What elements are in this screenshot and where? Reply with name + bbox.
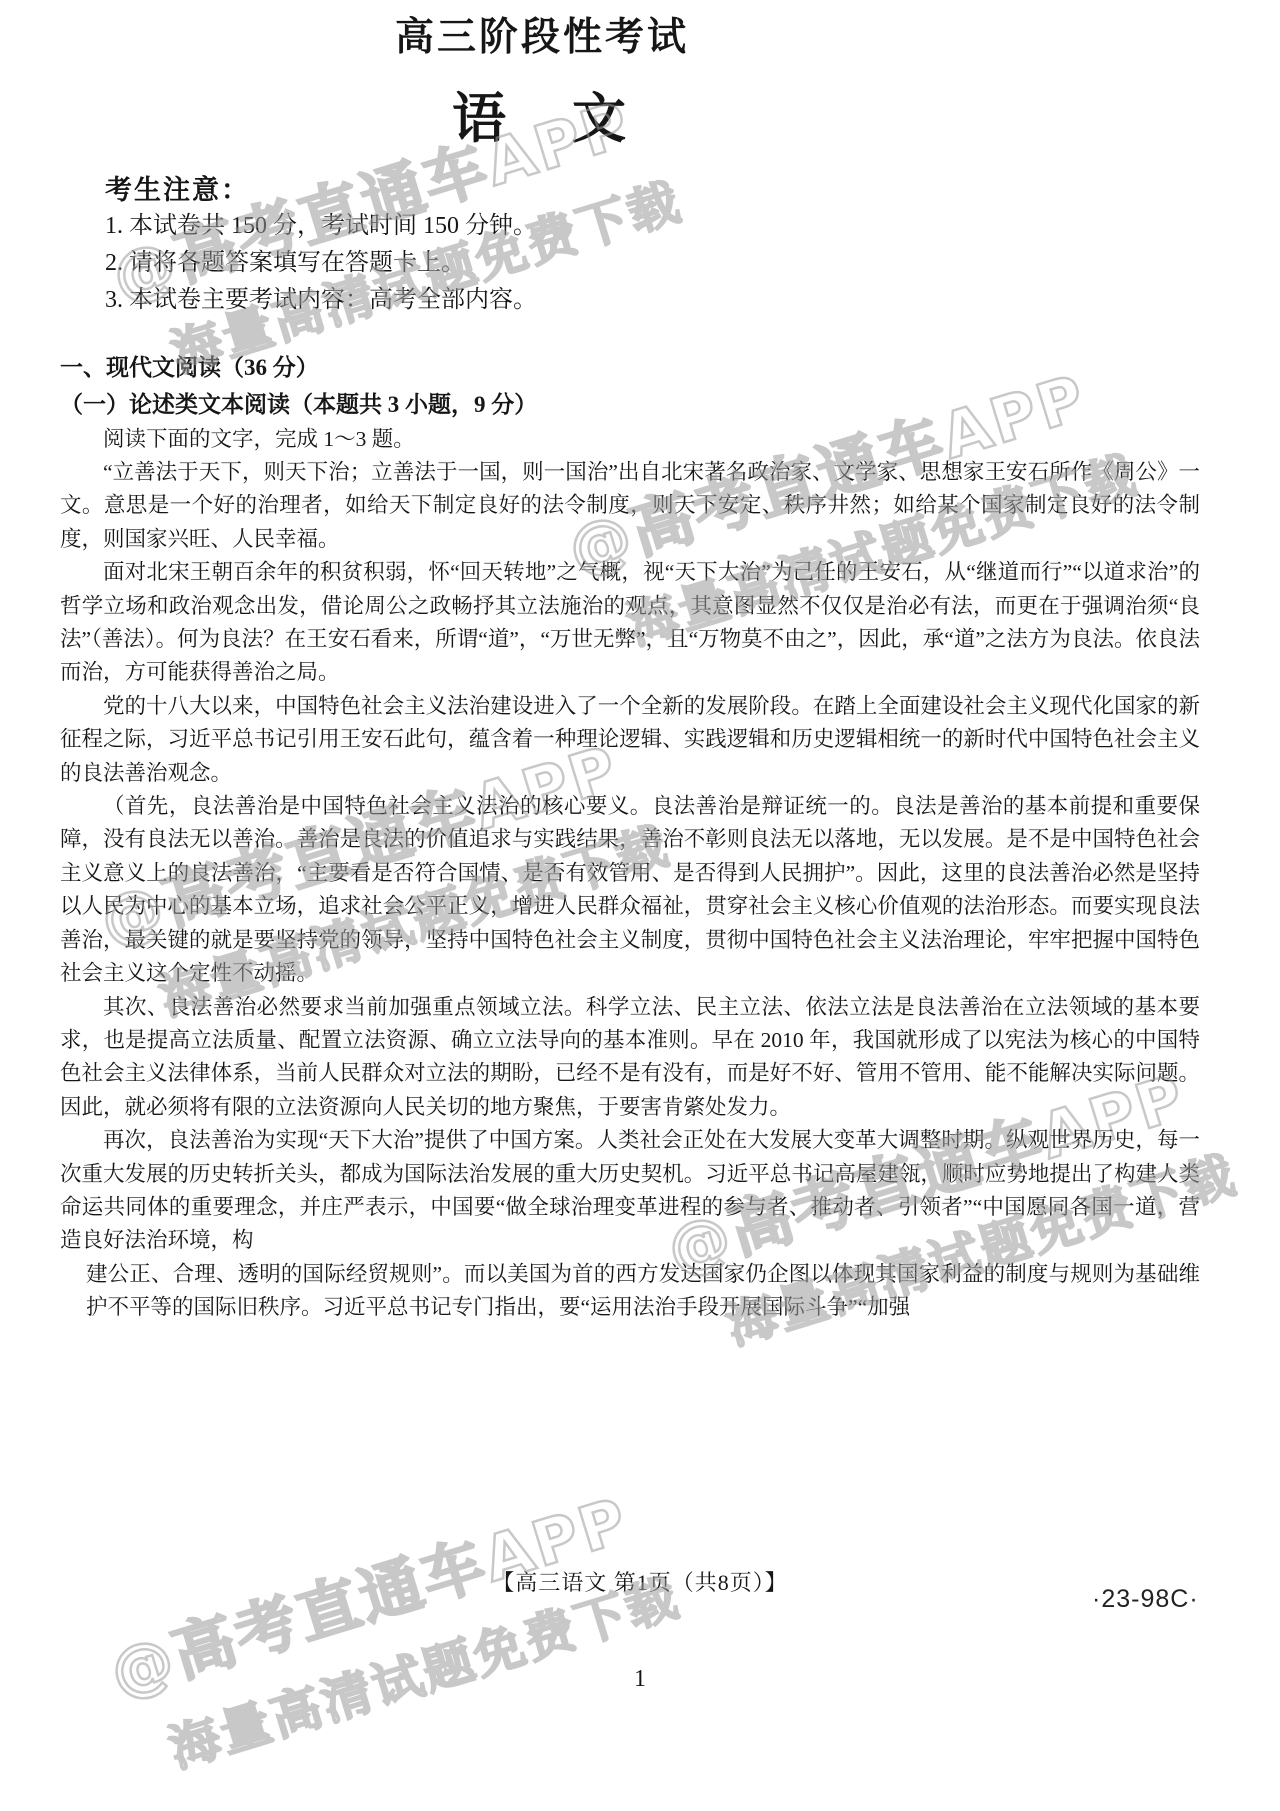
notice-item: 1. 本试卷共 150 分，考试时间 150 分钟。 bbox=[105, 208, 1200, 245]
passage-paragraph-continuation: 建公正、合理、透明的国际经贸规则”。而以美国为首的西方发达国家仍企图以体现其国家… bbox=[86, 1258, 1200, 1325]
page-content: 高三阶段性考试 语 文 考生注意： 1. 本试卷共 150 分，考试时间 150… bbox=[0, 14, 1280, 1325]
passage-paragraph: 再次，良法善治为实现“天下大治”提供了中国方案。人类社会正处在大发展大变革大调整… bbox=[60, 1124, 1200, 1258]
footer-page-label: 【高三语文 第1页（共8页）】 bbox=[0, 1566, 1280, 1597]
reading-passage: “立善法于天下，则天下治；立善法于一国，则一国治”出自北宋著名政治家、文学家、思… bbox=[60, 456, 1200, 1325]
exam-title: 高三阶段性考试 bbox=[60, 14, 1024, 62]
notice-item: 3. 本试卷主要考试内容：高考全部内容。 bbox=[105, 282, 1200, 319]
notice-heading: 考生注意： bbox=[105, 172, 1200, 208]
passage-paragraph: （首先，良法善治是中国特色社会主义法治的核心要义。良法善治是辩证统一的。良法是善… bbox=[60, 790, 1200, 990]
paper-code: ·23-98C· bbox=[1092, 1585, 1199, 1614]
passage-paragraph: 党的十八大以来，中国特色社会主义法治建设进入了一个全新的发展阶段。在踏上全面建设… bbox=[60, 690, 1200, 790]
notice-item: 2. 请将各题答案填写在答题卡上。 bbox=[105, 245, 1200, 282]
exam-subject: 语 文 bbox=[60, 88, 1024, 150]
section-heading: 一、现代文阅读（36 分） bbox=[60, 351, 1200, 384]
passage-paragraph: 面对北宋王朝百余年的积贫积弱，怀“回天转地”之气概，视“天下大治”为己任的王安石… bbox=[60, 556, 1200, 690]
watermark-group: @高考直通车APP 海量高清试题免费下载 bbox=[98, 1463, 687, 1791]
exam-paper-page: 高三阶段性考试 语 文 考生注意： 1. 本试卷共 150 分，考试时间 150… bbox=[0, 0, 1280, 1811]
passage-paragraph: “立善法于天下，则天下治；立善法于一国，则一国治”出自北宋著名政治家、文学家、思… bbox=[60, 456, 1200, 556]
page-number: 1 bbox=[0, 1666, 1280, 1693]
reading-instruction: 阅读下面的文字，完成 1～3 题。 bbox=[60, 423, 1200, 456]
subsection-heading: （一）论述类文本阅读（本题共 3 小题，9 分） bbox=[60, 388, 1200, 421]
examinee-notice: 考生注意： 1. 本试卷共 150 分，考试时间 150 分钟。 2. 请将各题… bbox=[105, 172, 1200, 319]
passage-paragraph: 其次、良法善治必然要求当前加强重点领域立法。科学立法、民主立法、依法立法是良法善… bbox=[60, 991, 1200, 1125]
